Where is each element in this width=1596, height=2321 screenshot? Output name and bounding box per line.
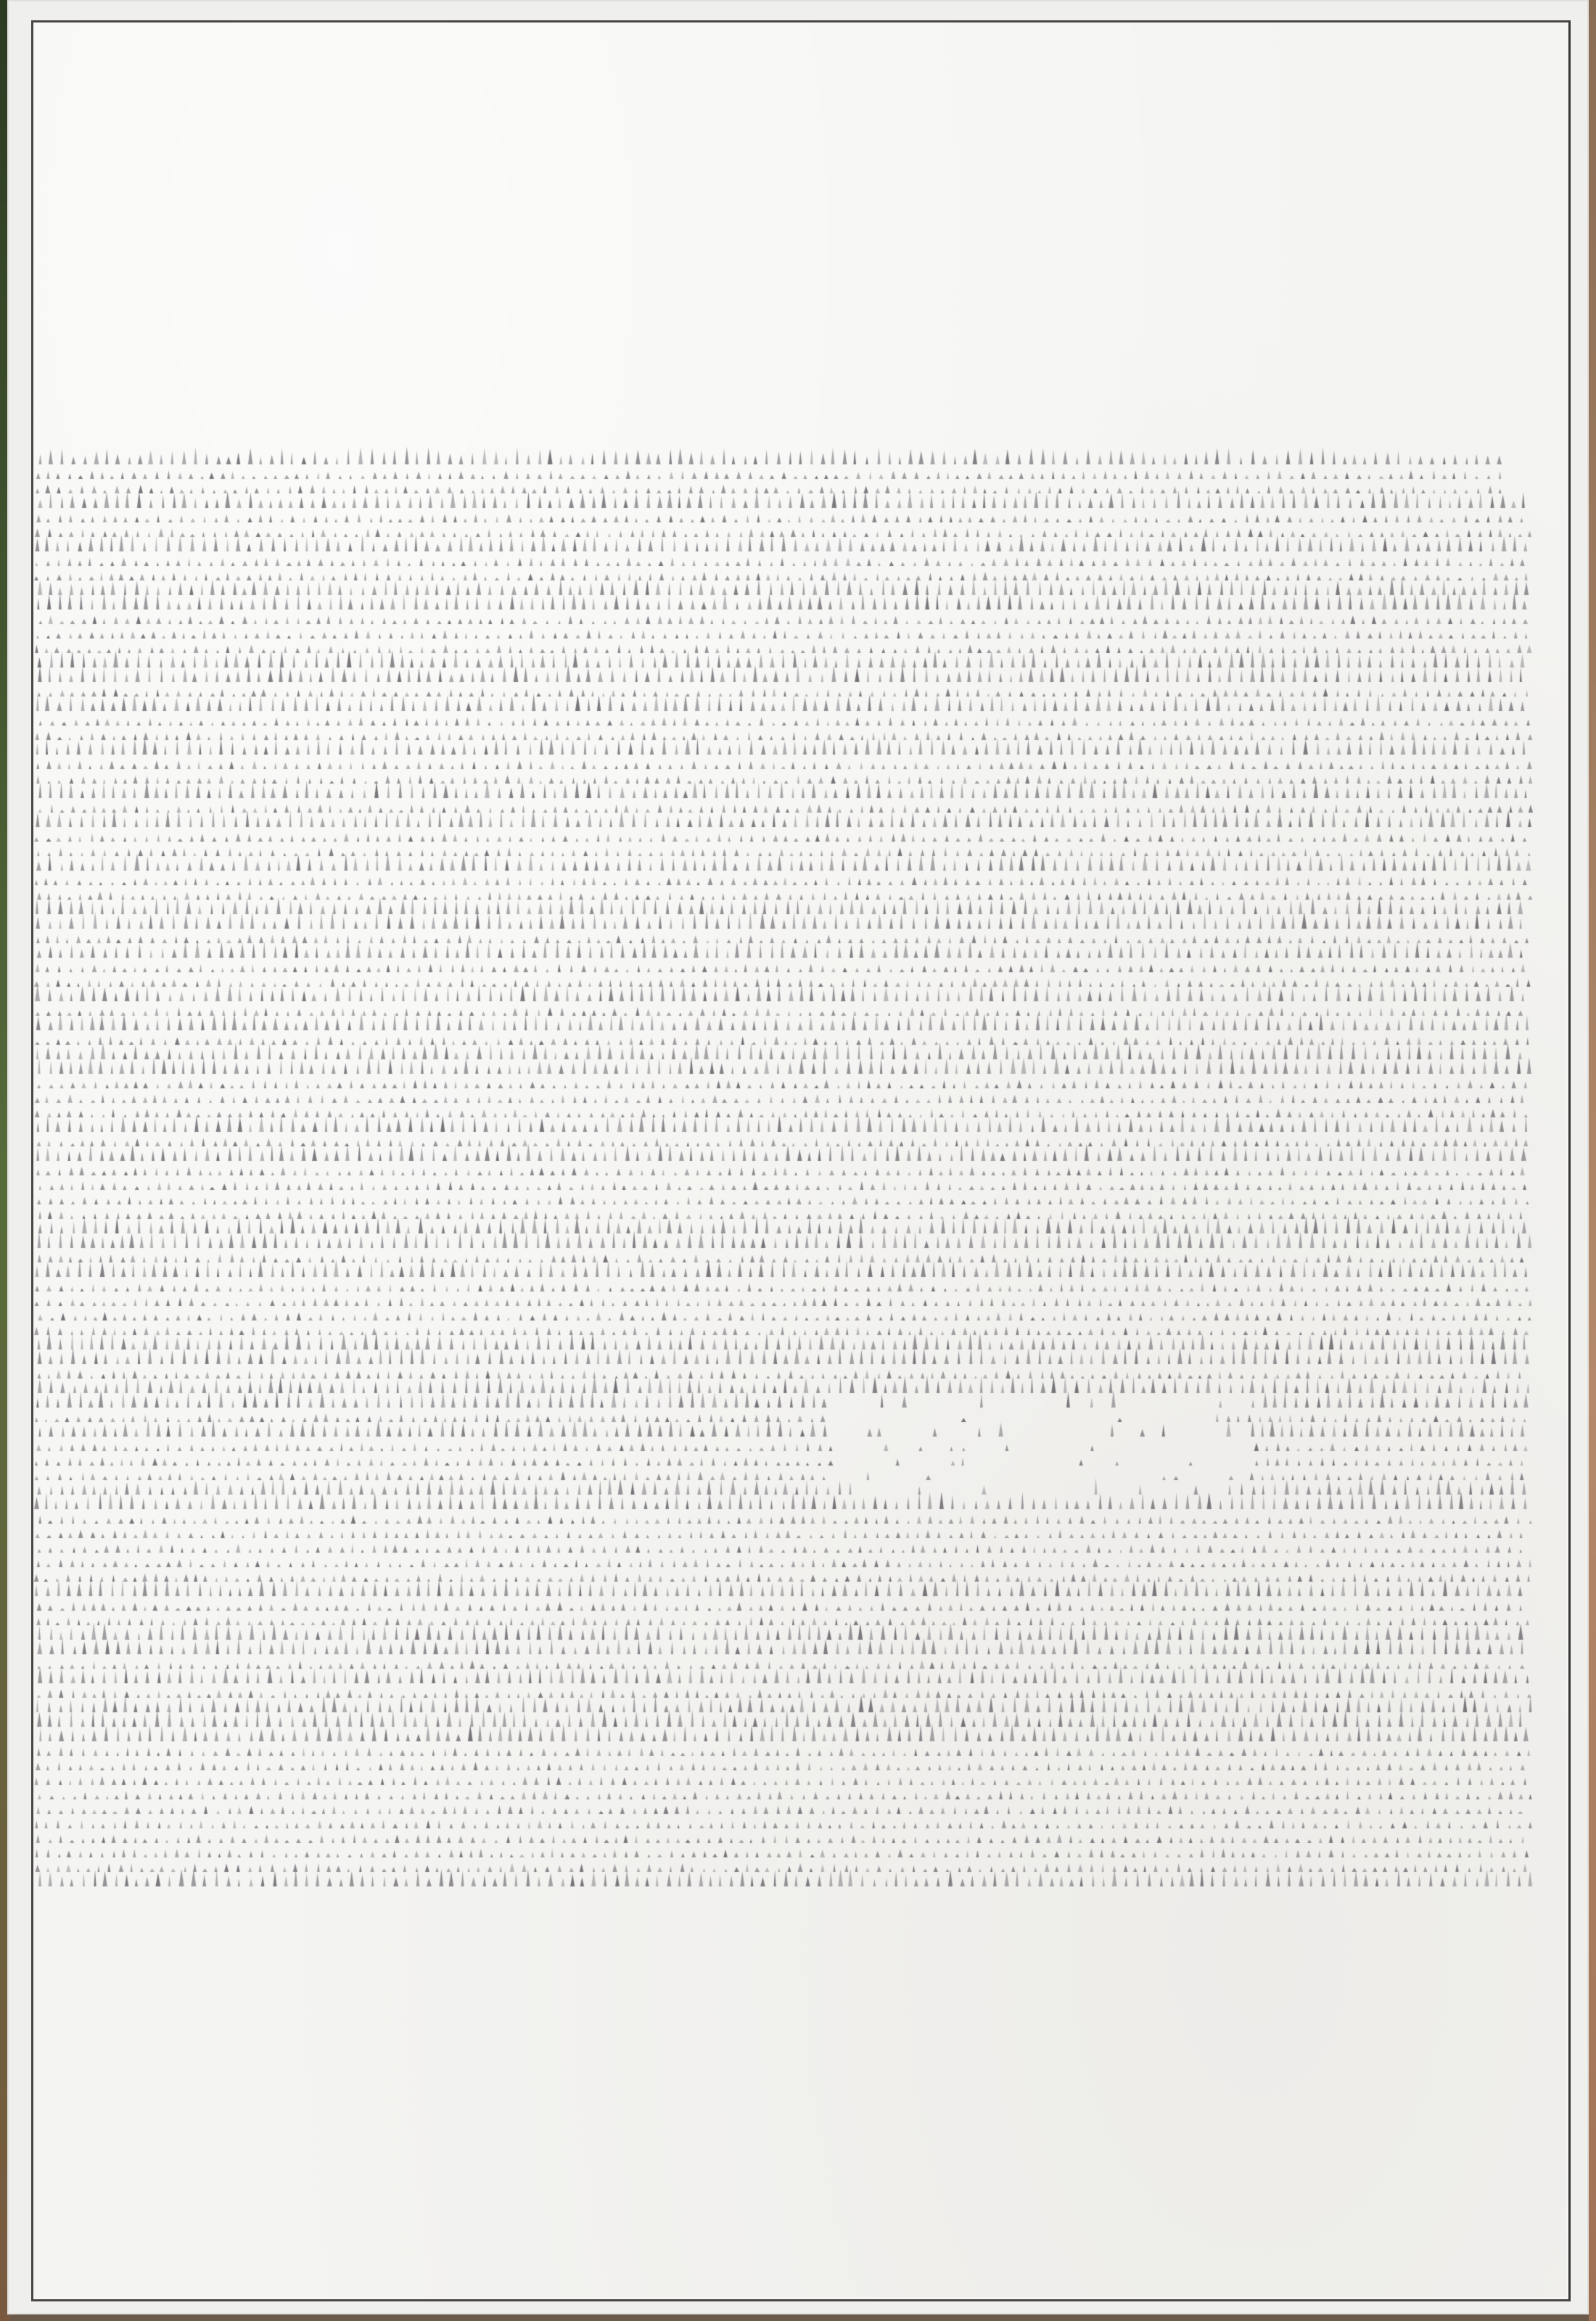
white-frame (7, 0, 1589, 2314)
artwork-photo (0, 0, 1596, 2321)
painted-surface (33, 22, 1566, 2297)
impasto-mark-pattern (33, 22, 1566, 2297)
background-wall (1589, 0, 1596, 2321)
